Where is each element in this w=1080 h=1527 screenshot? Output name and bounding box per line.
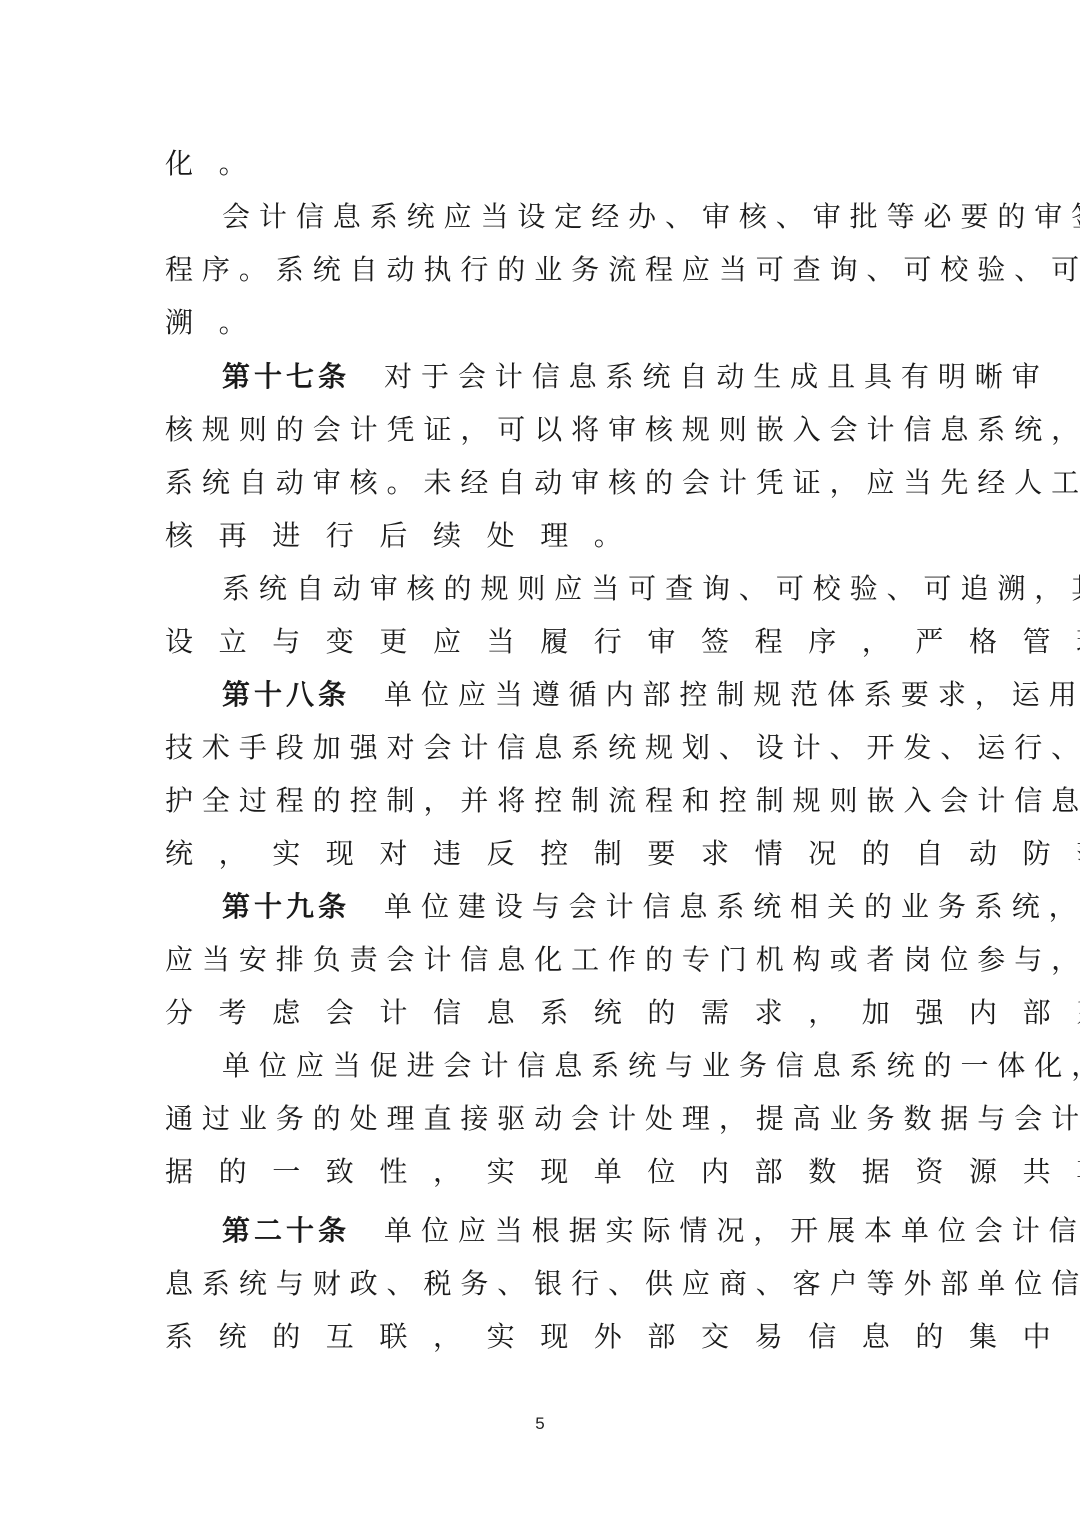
line-text: 分考虑会计信息系统的需求，加强内部系统协同。 <box>165 996 1080 1029</box>
paragraph-line: 据的一致性，实现单位内部数据资源共享与分析利用。 <box>165 1152 917 1192</box>
line-text: 会 计 信 息 系 统 应 当 设 定 经 办 、 审 核 、 审 批 等 必 … <box>222 200 1080 233</box>
article-number: 第十八条 <box>222 675 350 715</box>
line-text: 系 统 自 动 审 核 的 规 则 应 当 可 查 询 、 可 校 验 、 可 … <box>222 572 1080 605</box>
line-text: 息 系 统 与 财 政 、 税 务 、 银 行 、 供 应 商 、 客 户 等 … <box>165 1267 1080 1300</box>
line-text: 通 过 业 务 的 处 理 直 接 驱 动 会 计 处 理 ， 提 高 业 务 … <box>165 1102 1080 1135</box>
line-text: 单 位 建 设 与 会 计 信 息 系 统 相 关 的 业 务 系 统 ， <box>384 890 1077 923</box>
paragraph-line: 技 术 手 段 加 强 对 会 计 信 息 系 统 规 划 、 设 计 、 开 … <box>165 728 917 768</box>
paragraph-line: 应 当 安 排 负 责 会 计 信 息 化 工 作 的 专 门 机 构 或 者 … <box>165 940 917 980</box>
paragraph-line: 核 规 则 的 会 计 凭 证 ， 可 以 将 审 核 规 则 嵌 入 会 计 … <box>165 410 917 450</box>
paragraph-line: 系 统 自 动 审 核 的 规 则 应 当 可 查 询 、 可 校 验 、 可 … <box>222 569 917 609</box>
line-text: 统，实现对违反控制要求情况的自动防范和监控预警。 <box>165 837 1080 870</box>
paragraph-line: 系 统 自 动 审 核 。 未 经 自 动 审 核 的 会 计 凭 证 ， 应 … <box>165 463 917 503</box>
paragraph-line: 分考虑会计信息系统的需求，加强内部系统协同。 <box>165 993 917 1033</box>
paragraph-line: 程 序 。 系 统 自 动 执 行 的 业 务 流 程 应 当 可 查 询 、 … <box>165 250 917 290</box>
article-paragraph-line: 第十九条单 位 建 设 与 会 计 信 息 系 统 相 关 的 业 务 系 统 … <box>222 887 917 927</box>
paragraph-line: 溯。 <box>165 303 917 343</box>
line-text: 单 位 应 当 遵 循 内 部 控 制 规 范 体 系 要 求 ， 运 用 <box>384 678 1077 711</box>
line-text: 单 位 应 当 根 据 实 际 情 况 ， 开 展 本 单 位 会 计 信 <box>384 1214 1077 1247</box>
line-text: 设立与变更应当履行审签程序，严格管理，留档备查。 <box>165 625 1080 658</box>
line-text: 核再进行后续处理。 <box>165 519 647 552</box>
article-paragraph-line: 第二十条单 位 应 当 根 据 实 际 情 况 ， 开 展 本 单 位 会 计 … <box>222 1211 917 1251</box>
article-number: 第十七条 <box>222 357 350 397</box>
page-number: 5 <box>0 1414 1080 1434</box>
paragraph-line: 设立与变更应当履行审签程序，严格管理，留档备查。 <box>165 622 917 662</box>
line-text: 核 规 则 的 会 计 凭 证 ， 可 以 将 审 核 规 则 嵌 入 会 计 … <box>165 413 1080 446</box>
line-text: 护 全 过 程 的 控 制 ， 并 将 控 制 流 程 和 控 制 规 则 嵌 … <box>165 784 1080 817</box>
paragraph-line: 统，实现对违反控制要求情况的自动防范和监控预警。 <box>165 834 917 874</box>
paragraph-line: 核再进行后续处理。 <box>165 516 917 556</box>
article-paragraph-line: 第十八条单 位 应 当 遵 循 内 部 控 制 规 范 体 系 要 求 ， 运 … <box>222 675 917 715</box>
paragraph-line: 单 位 应 当 促 进 会 计 信 息 系 统 与 业 务 信 息 系 统 的 … <box>222 1046 917 1086</box>
line-text: 系 统 自 动 审 核 。 未 经 自 动 审 核 的 会 计 凭 证 ， 应 … <box>165 466 1080 499</box>
line-text: 系统的互联，实现外部交易信息的集中自动处理。 <box>165 1320 1080 1353</box>
article-number: 第二十条 <box>222 1211 350 1251</box>
line-text: 对 于 会 计 信 息 系 统 自 动 生 成 且 具 有 明 晰 审 <box>384 360 1040 393</box>
line-text: 应 当 安 排 负 责 会 计 信 息 化 工 作 的 专 门 机 构 或 者 … <box>165 943 1080 976</box>
line-text: 程 序 。 系 统 自 动 执 行 的 业 务 流 程 应 当 可 查 询 、 … <box>165 253 1080 286</box>
paragraph-line: 息 系 统 与 财 政 、 税 务 、 银 行 、 供 应 商 、 客 户 等 … <box>165 1264 917 1304</box>
document-page: 化。会 计 信 息 系 统 应 当 设 定 经 办 、 审 核 、 审 批 等 … <box>0 0 1080 1527</box>
line-text: 据的一致性，实现单位内部数据资源共享与分析利用。 <box>165 1155 1080 1188</box>
line-text: 技 术 手 段 加 强 对 会 计 信 息 系 统 规 划 、 设 计 、 开 … <box>165 731 1080 764</box>
line-text: 化。 <box>165 147 272 180</box>
paragraph-line: 化。 <box>165 144 917 184</box>
paragraph-line: 会 计 信 息 系 统 应 当 设 定 经 办 、 审 核 、 审 批 等 必 … <box>222 197 917 237</box>
article-paragraph-line: 第十七条对 于 会 计 信 息 系 统 自 动 生 成 且 具 有 明 晰 审 <box>222 357 917 397</box>
line-text: 溯。 <box>165 306 272 339</box>
line-text: 单 位 应 当 促 进 会 计 信 息 系 统 与 业 务 信 息 系 统 的 … <box>222 1049 1080 1082</box>
paragraph-line: 系统的互联，实现外部交易信息的集中自动处理。 <box>165 1317 917 1357</box>
paragraph-line: 护 全 过 程 的 控 制 ， 并 将 控 制 流 程 和 控 制 规 则 嵌 … <box>165 781 917 821</box>
article-number: 第十九条 <box>222 887 350 927</box>
paragraph-line: 通 过 业 务 的 处 理 直 接 驱 动 会 计 处 理 ， 提 高 业 务 … <box>165 1099 917 1139</box>
